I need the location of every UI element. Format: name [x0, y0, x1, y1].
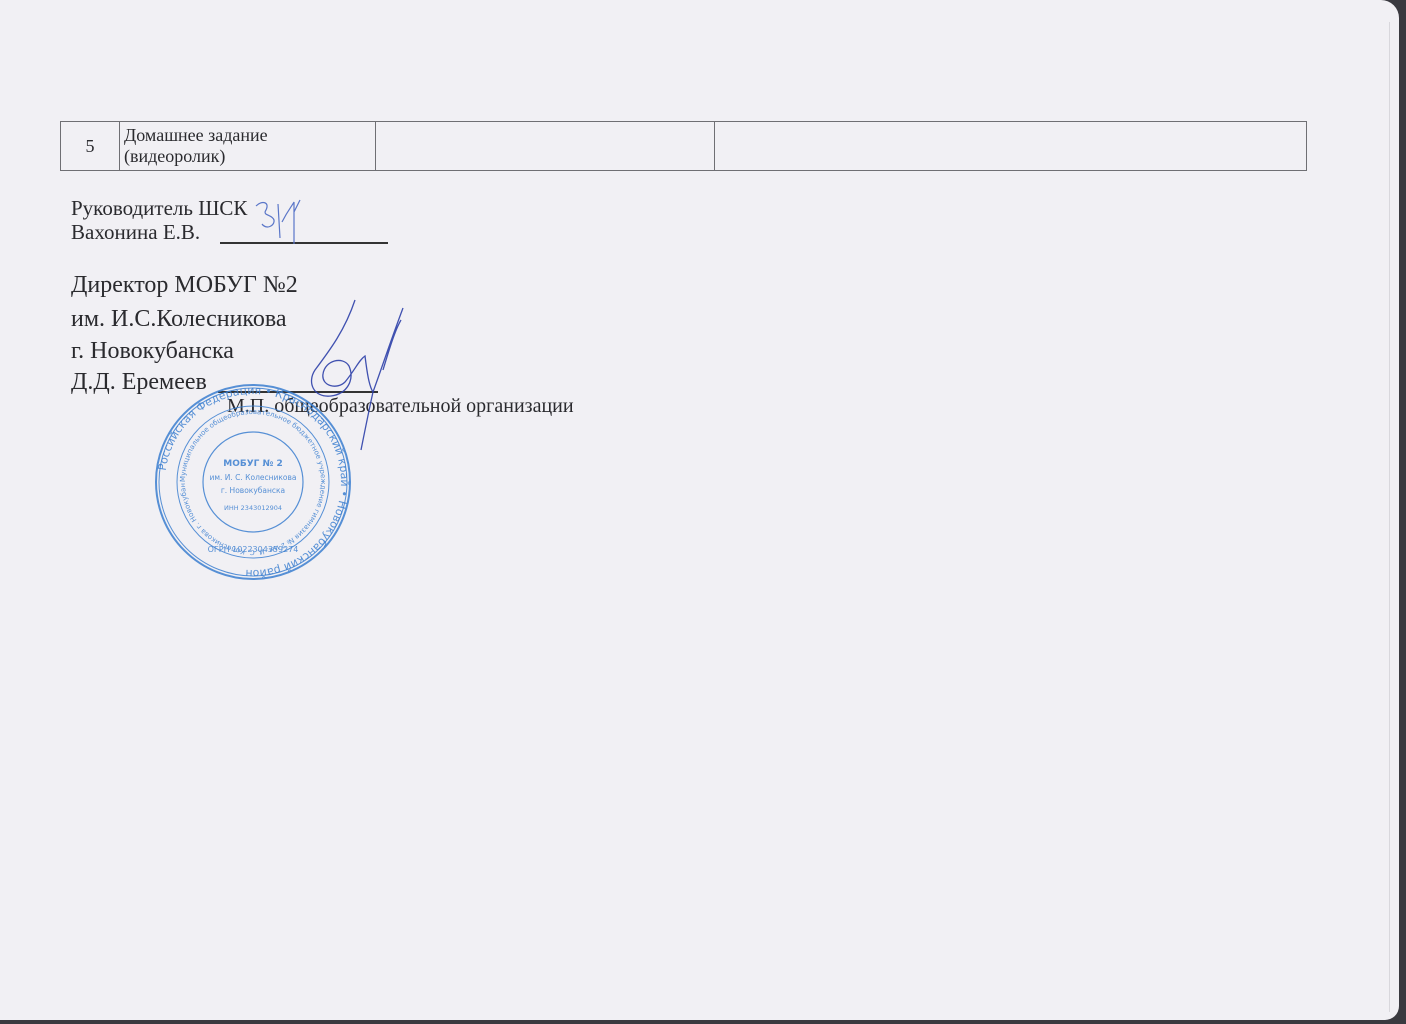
stamp-ogrn: ОГРН 1022304359274	[208, 545, 299, 554]
row-number: 5	[61, 122, 120, 171]
row-item-line1: Домашнее задание	[124, 125, 371, 146]
director-line2: им. И.С.Колесникова	[71, 306, 287, 332]
table-row: 5 Домашнее задание (видеоролик)	[61, 122, 1307, 171]
row-col4	[715, 122, 1307, 171]
club-head-signature	[248, 192, 318, 252]
stamp-center-line1: МОБУГ № 2	[223, 459, 283, 469]
task-table: 5 Домашнее задание (видеоролик)	[60, 121, 1307, 171]
document-page: 5 Домашнее задание (видеоролик) Руководи…	[0, 0, 1399, 1020]
row-item: Домашнее задание (видеоролик)	[120, 122, 376, 171]
row-col3	[376, 122, 715, 171]
director-signature	[285, 290, 425, 460]
page-edge	[1389, 22, 1390, 1012]
stamp-inn: ИНН 2343012904	[224, 504, 282, 512]
row-item-line2: (видеоролик)	[124, 146, 371, 167]
club-head-title: Руководитель ШСК	[71, 196, 247, 220]
club-head-name: Вахонина Е.В.	[71, 220, 205, 244]
director-line1: Директор МОБУГ №2	[71, 272, 298, 298]
stamp-center-line3: г. Новокубанска	[221, 486, 285, 495]
stamp-center-line2: им. И. С. Колесникова	[209, 473, 296, 482]
director-line3: г. Новокубанска	[71, 338, 234, 364]
